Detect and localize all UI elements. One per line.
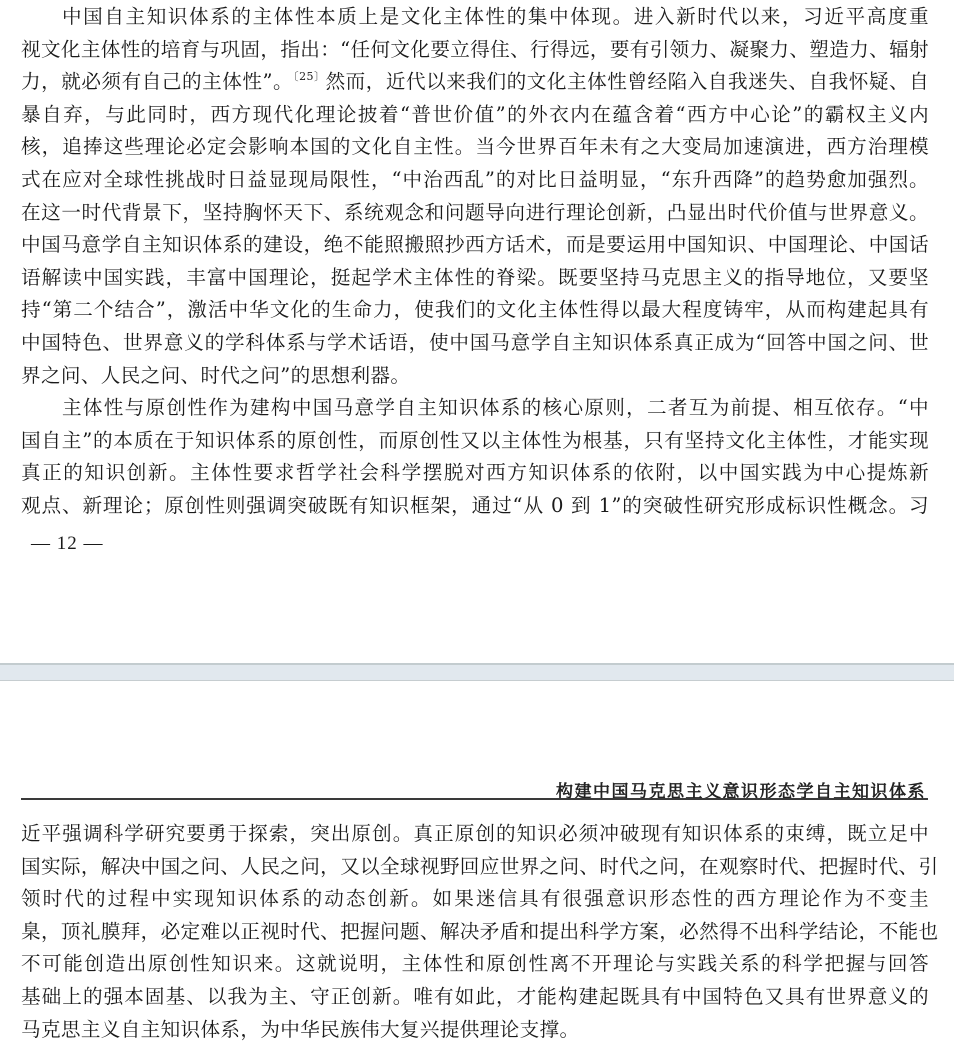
text-line: 观点、新理论；原创性则强调突破既有知识框架，通过“从 0 到 1”的突破性研究形… — [21, 490, 929, 523]
text-line-with-citation: 力，就必须有自己的主体性”。〔25〕然而，近代以来我们的文化主体性曾经陷入自我迷… — [21, 66, 929, 99]
text-line: 式在应对全球性挑战时日益显现局限性，“中治西乱”的对比日益明显，“东升西降”的趋… — [21, 164, 929, 197]
citation-reference[interactable]: 〔25〕 — [293, 70, 325, 83]
text-line: 语解读中国实践，丰富中国理论，挺起学术主体性的脊梁。既要坚持马克思主义的指导地位… — [21, 262, 929, 295]
text-line: 持“第二个结合”，激活中华文化的生命力，使我们的文化主体性得以最大程度铸牢，从而… — [21, 294, 929, 327]
text-line: 暴自弃，与此同时，西方现代化理论披着“普世价值”的外衣内在蕴含着“西方中心论”的… — [21, 99, 929, 132]
body-text-block: 中国自主知识体系的主体性本质上是文化主体性的集中体现。进入新时代以来，习近平高度… — [21, 1, 929, 523]
pdf-page-12: 中国自主知识体系的主体性本质上是文化主体性的集中体现。进入新时代以来，习近平高度… — [0, 0, 954, 663]
header-rule — [21, 798, 928, 800]
text-line: 视文化主体性的培育与巩固，指出：“任何文化要立得住、行得远，要有引领力、凝聚力、… — [21, 34, 929, 67]
body-text-block: 近平强调科学研究要勇于探索，突出原创。真正原创的知识必须冲破现有知识体系的束缚，… — [21, 818, 929, 1046]
text-line: 不可能创造出原创性知识来。这就说明，主体性和原创性离不开理论与实践关系的科学把握… — [21, 948, 929, 981]
pdf-page-13: 构建中国马克思主义意识形态学自主知识体系 近平强调科学研究要勇于探索，突出原创。… — [0, 681, 954, 1048]
text-line: 核，追捧这些理论必定会影响本国的文化自主性。当今世界百年未有之大变局加速演进，西… — [21, 131, 929, 164]
text-fragment: 力，就必须有自己的主体性”。 — [21, 70, 293, 93]
text-line: 国实际，解决中国之问、人民之问，又以全球视野回应世界之问、时代之问，在观察时代、… — [21, 851, 929, 884]
text-line: 真正的知识创新。主体性要求哲学社会科学摆脱对西方知识体系的依附，以中国实践为中心… — [21, 457, 929, 490]
text-line: 中国马意学自主知识体系的建设，绝不能照搬照抄西方话术，而是要运用中国知识、中国理… — [21, 229, 929, 262]
text-fragment: 然而，近代以来我们的文化主体性曾经陷入自我迷失、自我怀疑、自 — [326, 70, 929, 93]
text-line: 近平强调科学研究要勇于探索，突出原创。真正原创的知识必须冲破现有知识体系的束缚，… — [21, 818, 929, 851]
text-line: 中国自主知识体系的主体性本质上是文化主体性的集中体现。进入新时代以来，习近平高度… — [21, 1, 929, 34]
page-number: — 12 — — [31, 533, 104, 555]
text-line: 界之问、人民之问、时代之问”的思想利器。 — [21, 360, 929, 393]
text-line: 中国特色、世界意义的学科体系与学术话语，使中国马意学自主知识体系真正成为“回答中… — [21, 327, 929, 360]
text-line: 臬，顶礼膜拜，必定难以正视时代、把握问题、解决矛盾和提出科学方案，必然得不出科学… — [21, 916, 929, 949]
text-line: 主体性与原创性作为建构中国马意学自主知识体系的核心原则，二者互为前提、相互依存。… — [21, 392, 929, 425]
text-line: 在这一时代背景下，坚持胸怀天下、系统观念和问题导向进行理论创新，凸显出时代价值与… — [21, 197, 929, 230]
text-line: 国自主”的本质在于知识体系的原创性，而原创性又以主体性为根基，只有坚持文化主体性… — [21, 425, 929, 458]
text-line: 领时代的过程中实现知识体系的动态创新。如果迷信具有很强意识形态性的西方理论作为不… — [21, 883, 929, 916]
text-line: 马克思主义自主知识体系，为中华民族伟大复兴提供理论支撑。 — [21, 1014, 929, 1047]
page-separator — [0, 663, 954, 681]
text-line: 基础上的强本固基、以我为主、守正创新。唯有如此，才能构建起既具有中国特色又具有世… — [21, 981, 929, 1014]
